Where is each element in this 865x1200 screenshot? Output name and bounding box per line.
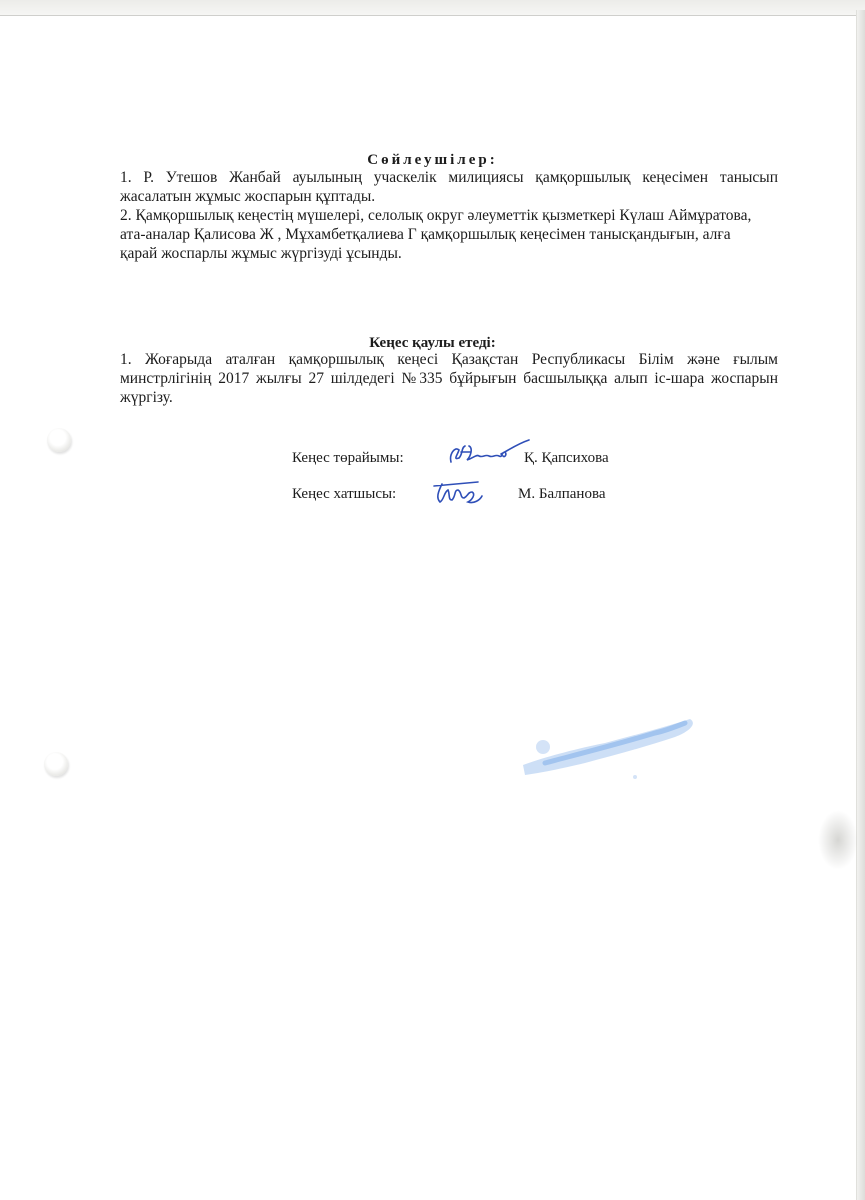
speakers-heading: Сөйлеушілер: bbox=[0, 152, 865, 169]
scan-smudge bbox=[818, 810, 858, 870]
punch-hole-top bbox=[47, 428, 71, 452]
speaker-item-1: 1. Р. Утешов Жанбай ауылының учаскелік м… bbox=[120, 168, 778, 206]
page-right-edge bbox=[856, 10, 865, 1200]
secretary-signature-icon bbox=[428, 478, 488, 508]
speaker-item-2: 2. Қамқоршылық кеңестің мүшелері, селолы… bbox=[120, 206, 760, 263]
page-top-edge bbox=[0, 0, 865, 16]
secretary-role-label: Кеңес хатшысы: bbox=[292, 486, 396, 503]
punch-hole-bottom bbox=[44, 752, 68, 776]
signature-row-chair: Кеңес төрайымы: Қ. Қапсихова bbox=[292, 450, 404, 467]
chair-signature-icon bbox=[443, 436, 533, 468]
chair-role-label: Кеңес төрайымы: bbox=[292, 450, 404, 467]
faded-stamp-icon bbox=[515, 705, 705, 785]
scanned-page: Сөйлеушілер: 1. Р. Утешов Жанбай ауылыны… bbox=[0, 0, 865, 1200]
signature-row-secretary: Кеңес хатшысы: М. Балпанова bbox=[292, 486, 396, 503]
secretary-name: М. Балпанова bbox=[518, 486, 605, 503]
resolution-item-1: 1. Жоғарыда аталған қамқоршылық кеңесі Қ… bbox=[120, 350, 778, 407]
chair-name: Қ. Қапсихова bbox=[524, 450, 609, 467]
